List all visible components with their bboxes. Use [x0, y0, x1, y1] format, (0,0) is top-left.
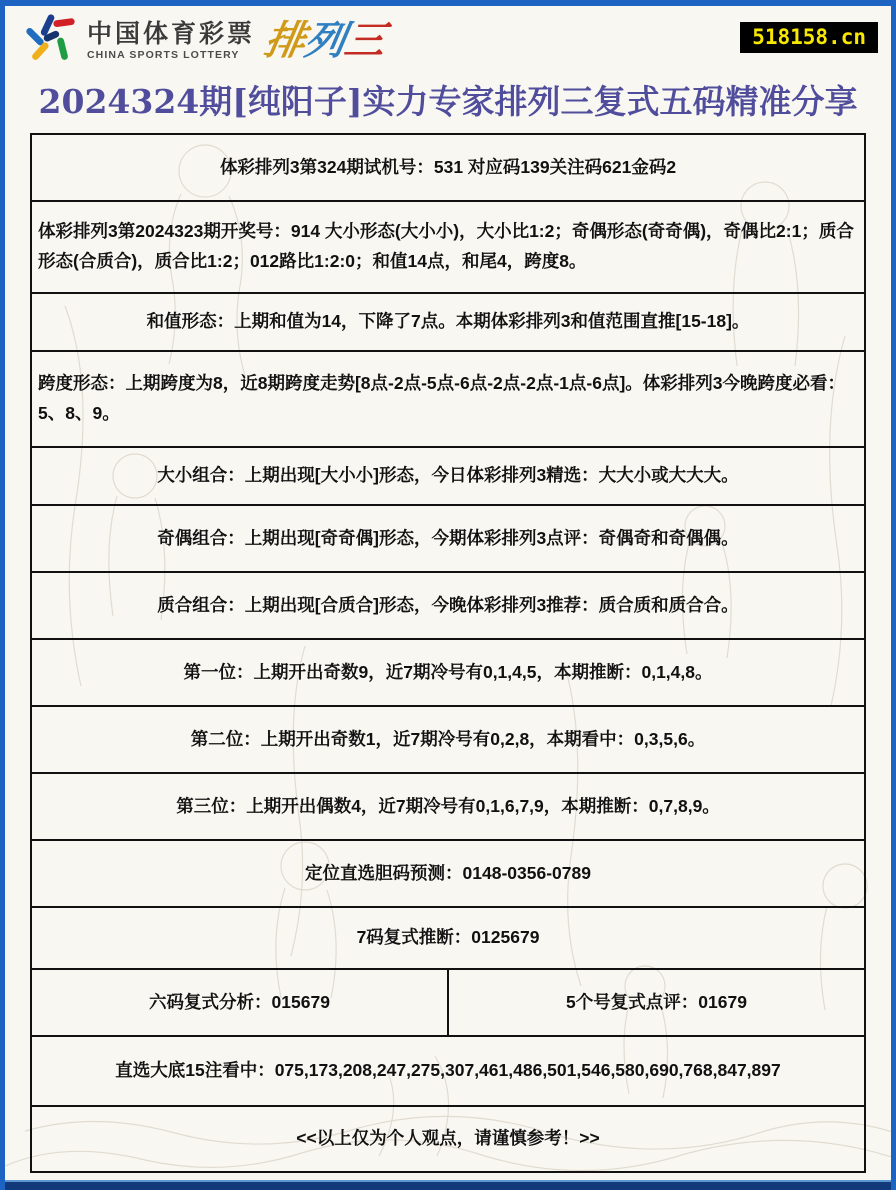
- table-row: 体彩排列3第2024323期开奖号：914 大小形态(大小小)，大小比1:2；奇…: [31, 201, 865, 293]
- brand-pailiesan: 排 列 三: [260, 13, 390, 69]
- page: 中国体育彩票 CHINA SPORTS LOTTERY 排 列 三 518158…: [0, 0, 896, 1190]
- row-primecomposite-combo: 质合组合：上期出现[合质合]形态，今晚体彩排列3推荐：质合质和质合合。: [31, 572, 865, 639]
- logo-text: 中国体育彩票 CHINA SPORTS LOTTERY: [87, 22, 255, 61]
- logo-name-en: CHINA SPORTS LOTTERY: [87, 50, 255, 61]
- logo-name-cn: 中国体育彩票: [87, 22, 255, 47]
- footer-bar: [5, 1180, 891, 1190]
- table-row: 第三位：上期开出偶数4，近7期冷号有0,1,6,7,9，本期推断：0,7,8,9…: [31, 773, 865, 840]
- row-disclaimer: <<以上仅为个人观点，请谨慎参考！>>: [31, 1106, 865, 1172]
- table-row: <<以上仅为个人观点，请谨慎参考！>>: [31, 1106, 865, 1172]
- row-position-1: 第一位：上期开出奇数9，近7期冷号有0,1,4,5，本期推断：0,1,4,8。: [31, 639, 865, 706]
- site-badge[interactable]: 518158.cn: [740, 22, 878, 53]
- logo: 中国体育彩票 CHINA SPORTS LOTTERY 排 列 三: [21, 12, 385, 70]
- table-row: 第二位：上期开出奇数1，近7期冷号有0,2,8，本期看中：0,3,5,6。: [31, 706, 865, 773]
- brand-char-san: 三: [340, 13, 390, 69]
- table-row: 和值形态：上期和值为14，下降了7点。本期体彩排列3和值范围直推[15-18]。: [31, 293, 865, 351]
- table-row: 大小组合：上期出现[大小小]形态，今日体彩排列3精选：大大小或大大大。: [31, 447, 865, 505]
- table-row: 跨度形态：上期跨度为8，近8期跨度走势[8点-2点-5点-6点-2点-2点-1点…: [31, 351, 865, 447]
- table-row: 直选大底15注看中：075,173,208,247,275,307,461,48…: [31, 1036, 865, 1106]
- table-row: 7码复式推断：0125679: [31, 907, 865, 969]
- row-sum-form: 和值形态：上期和值为14，下降了7点。本期体彩排列3和值范围直推[15-18]。: [31, 293, 865, 351]
- sports-lottery-logo-icon: [21, 12, 79, 70]
- header: 中国体育彩票 CHINA SPORTS LOTTERY 排 列 三 518158…: [5, 8, 891, 74]
- row-oddeven-combo: 奇偶组合：上期出现[奇奇偶]形态，今期体彩排列3点评：奇偶奇和奇偶偶。: [31, 505, 865, 572]
- table-row: 定位直选胆码预测：0148-0356-0789: [31, 840, 865, 907]
- row-direct-dan-codes: 定位直选胆码预测：0148-0356-0789: [31, 840, 865, 907]
- row-test-number: 体彩排列3第324期试机号：531 对应码139关注码621金码2: [31, 134, 865, 201]
- row-position-2: 第二位：上期开出奇数1，近7期冷号有0,2,8，本期看中：0,3,5,6。: [31, 706, 865, 773]
- table-row-split: 六码复式分析：015679 5个号复式点评：01679: [31, 969, 865, 1036]
- row-bigsmall-combo: 大小组合：上期出现[大小小]形态，今日体彩排列3精选：大大小或大大大。: [31, 447, 865, 505]
- table-row: 第一位：上期开出奇数9，近7期冷号有0,1,4,5，本期推断：0,1,4,8。: [31, 639, 865, 706]
- row-last-draw: 体彩排列3第2024323期开奖号：914 大小形态(大小小)，大小比1:2；奇…: [31, 201, 865, 293]
- page-title: 2024324期[纯阳子]实力专家排列三复式五码精准分享: [5, 76, 891, 123]
- row-span-form: 跨度形态：上期跨度为8，近8期跨度走势[8点-2点-5点-6点-2点-2点-1点…: [31, 351, 865, 447]
- row-7code-compound: 7码复式推断：0125679: [31, 907, 865, 969]
- prediction-table: 体彩排列3第324期试机号：531 对应码139关注码621金码2 体彩排列3第…: [30, 133, 866, 1173]
- row-position-3: 第三位：上期开出偶数4，近7期冷号有0,1,6,7,9，本期推断：0,7,8,9…: [31, 773, 865, 840]
- table-row: 质合组合：上期出现[合质合]形态，今晚体彩排列3推荐：质合质和质合合。: [31, 572, 865, 639]
- row-direct-15-picks: 直选大底15注看中：075,173,208,247,275,307,461,48…: [31, 1036, 865, 1106]
- cell-5code-compound: 5个号复式点评：01679: [448, 969, 865, 1036]
- cell-6code-compound: 六码复式分析：015679: [31, 969, 448, 1036]
- table-row: 奇偶组合：上期出现[奇奇偶]形态，今期体彩排列3点评：奇偶奇和奇偶偶。: [31, 505, 865, 572]
- table-row: 体彩排列3第324期试机号：531 对应码139关注码621金码2: [31, 134, 865, 201]
